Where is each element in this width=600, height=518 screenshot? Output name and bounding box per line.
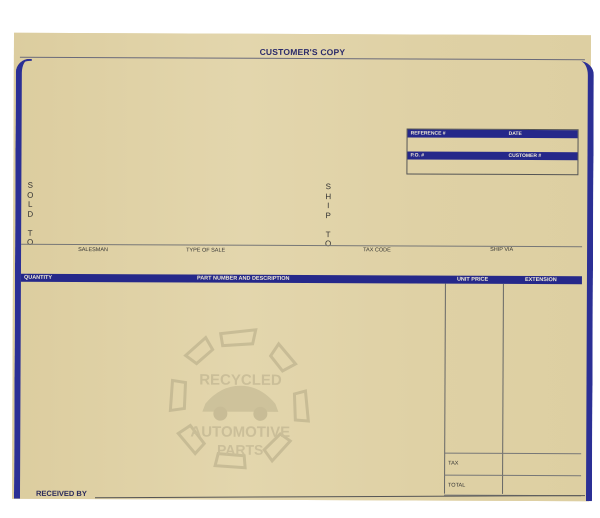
ship-to-char: I xyxy=(324,201,332,211)
recycled-parts-watermark: RECYCLED AUTOMOTIVE PARTS xyxy=(160,315,321,476)
watermark-line3: PARTS xyxy=(160,441,320,458)
invoice-form: CUSTOMER'S COPY REFERENCE # DATE P.O. # … xyxy=(12,33,591,502)
quantity-header: QUANTITY xyxy=(24,274,52,282)
sold-to-char: T xyxy=(26,228,34,238)
sold-to-char: O xyxy=(26,190,34,200)
ship-to-char: H xyxy=(324,192,332,202)
sold-to-label: S O L D T O xyxy=(26,181,34,248)
ship-to-label: S H I P T O xyxy=(324,182,332,249)
total-label: TOTAL xyxy=(448,483,465,489)
ship-to-char: T xyxy=(324,230,332,240)
ship-to-char: O xyxy=(324,239,332,249)
tax-code-label: TAX CODE xyxy=(363,247,391,253)
tax-field[interactable] xyxy=(503,454,573,474)
sold-to-gap xyxy=(26,219,34,229)
date-label: DATE xyxy=(509,130,522,138)
order-info-fields[interactable] xyxy=(21,253,576,275)
watermark-line2: AUTOMOTIVE xyxy=(160,423,320,441)
received-by-label: RECEIVED BY xyxy=(36,489,87,498)
unit-price-header: UNIT PRICE xyxy=(457,276,488,284)
extension-header: EXTENSION xyxy=(525,276,557,284)
ship-to-char: P xyxy=(324,211,332,221)
po-label: P.O. # xyxy=(410,151,424,159)
ship-via-label: SHIP VIA xyxy=(490,247,513,253)
total-field[interactable] xyxy=(503,476,573,495)
watermark-line1: RECYCLED xyxy=(160,371,320,389)
reference-box: REFERENCE # DATE P.O. # CUSTOMER # xyxy=(406,128,578,175)
sold-to-char: L xyxy=(26,200,34,210)
reference-field[interactable] xyxy=(408,137,578,152)
tax-label: TAX xyxy=(448,461,458,467)
customer-number-label: CUSTOMER # xyxy=(508,152,541,160)
sold-to-char: O xyxy=(26,238,34,248)
reference-label: REFERENCE # xyxy=(411,129,446,137)
ship-to-char: S xyxy=(324,182,332,192)
sold-to-field[interactable] xyxy=(37,93,323,242)
sold-to-char: D xyxy=(26,209,34,219)
ship-to-gap xyxy=(324,220,332,230)
sold-to-char: S xyxy=(26,181,34,191)
ship-to-field[interactable] xyxy=(335,174,575,243)
po-field[interactable] xyxy=(407,159,577,174)
